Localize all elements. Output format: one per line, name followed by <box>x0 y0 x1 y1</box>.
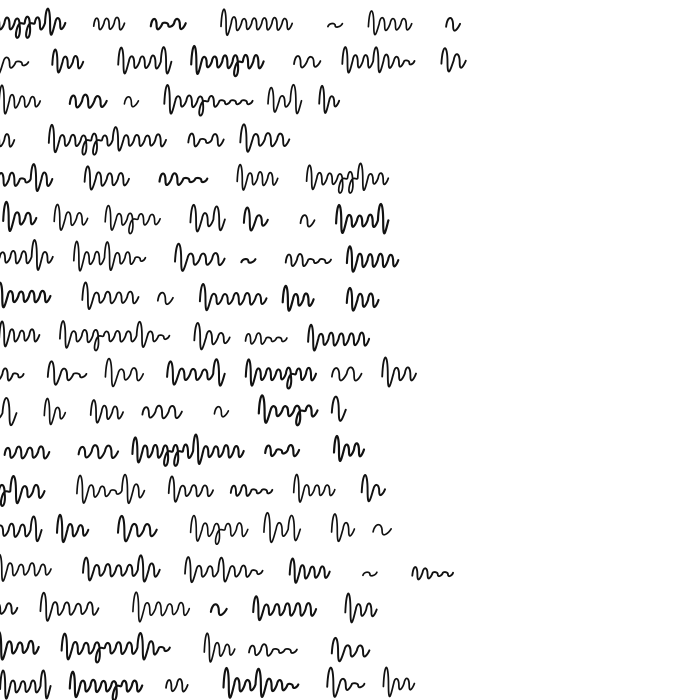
handwriting-pattern <box>0 0 700 700</box>
